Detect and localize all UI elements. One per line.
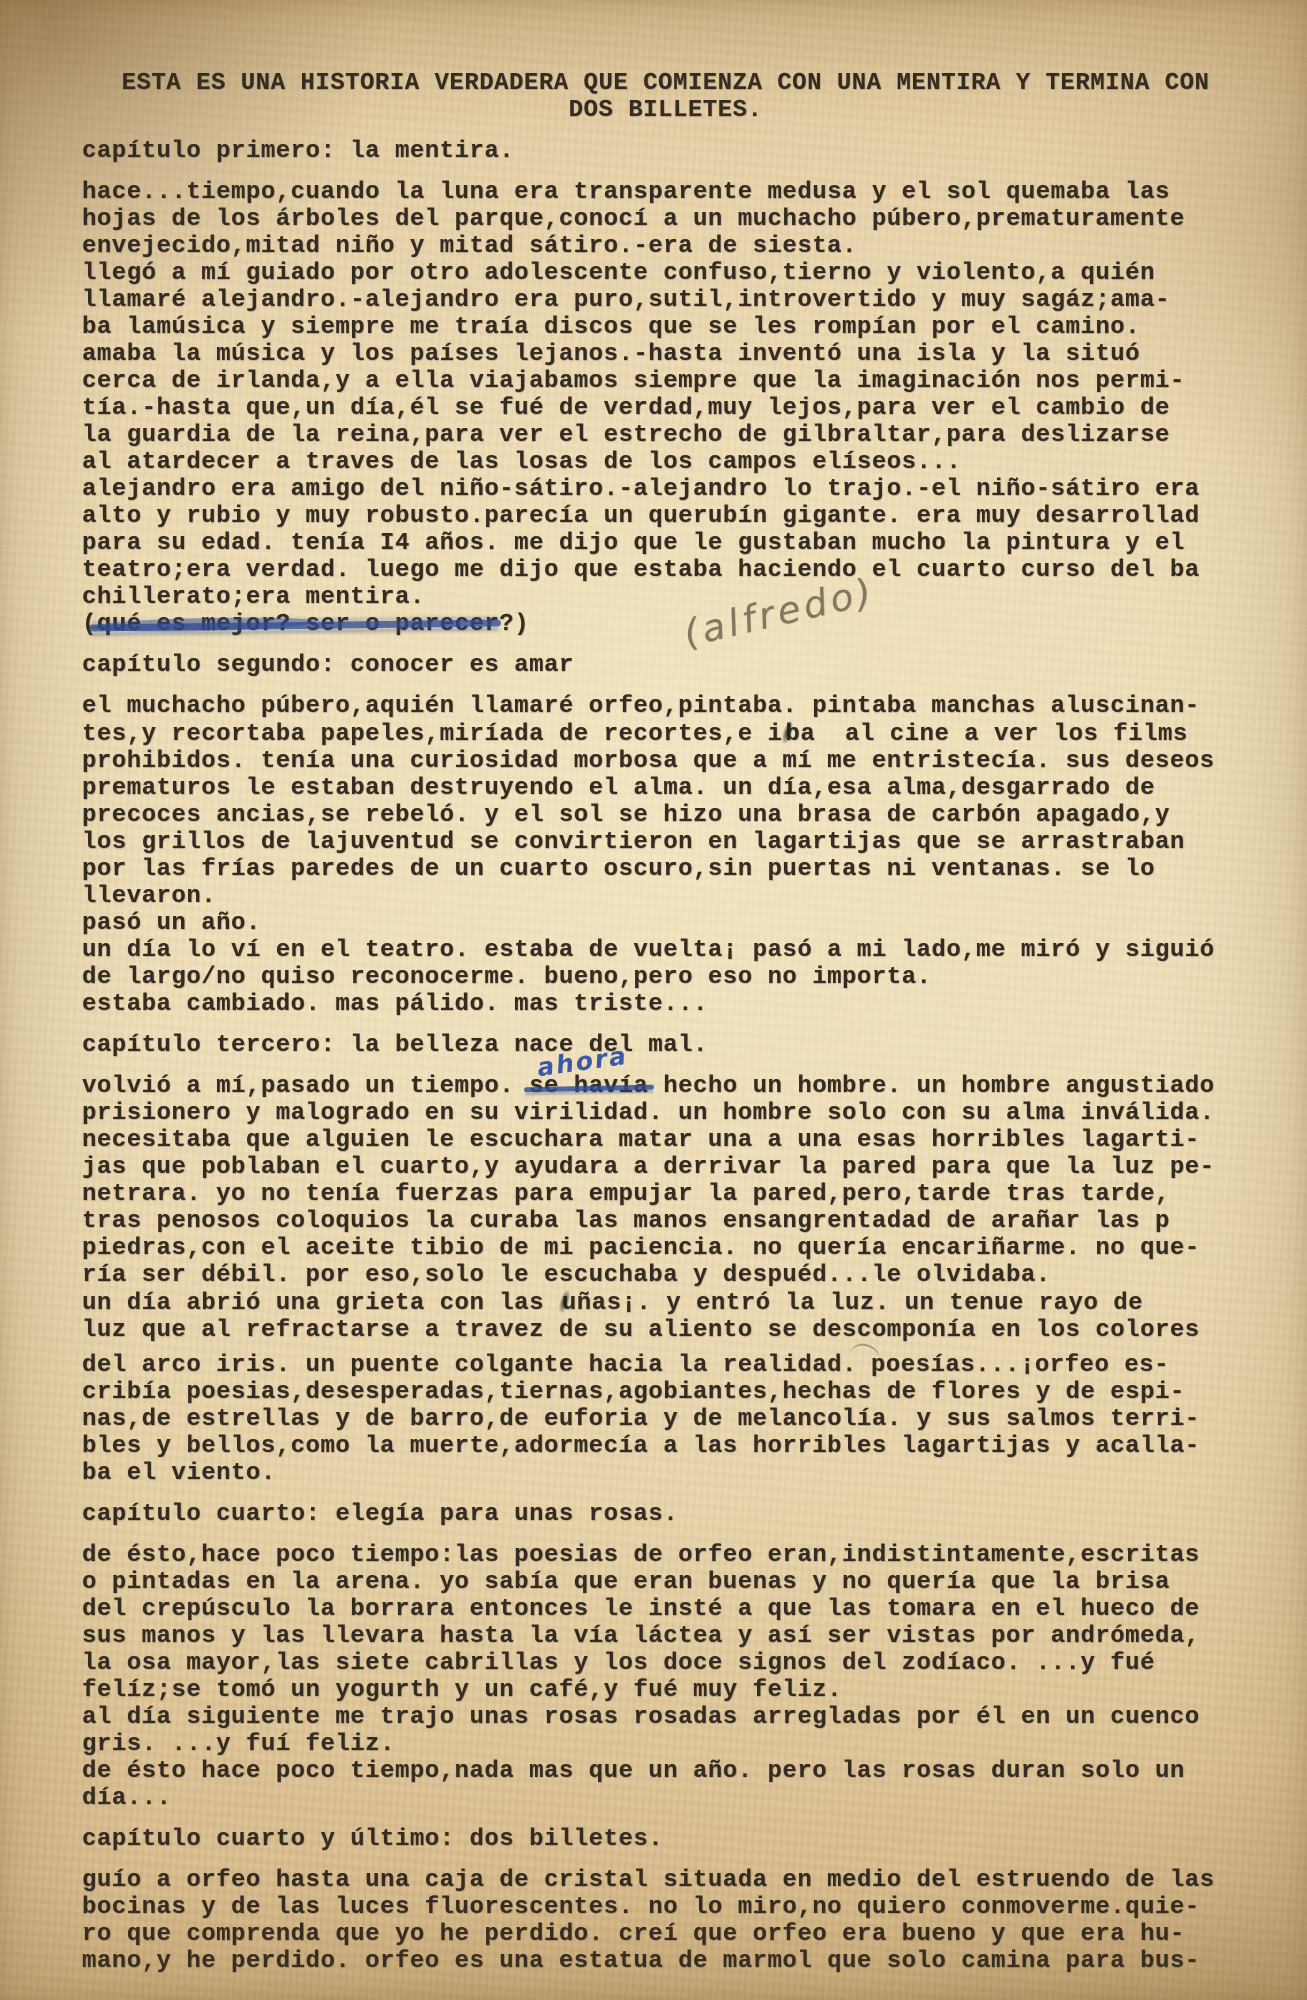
text-line: llamaré alejandro.-alejandro era puro,su… — [82, 287, 1249, 314]
paragraph: guío a orfeo hasta una caja de cristal s… — [82, 1867, 1249, 1975]
text-line: guío a orfeo hasta una caja de cristal s… — [82, 1867, 1249, 1894]
text-line: capítulo primero: la mentira. — [82, 138, 1249, 165]
text-segment: tes,y recortaba papeles,miríada de recor… — [82, 721, 782, 748]
text-line: tía.-hasta que,un día,él se fué de verda… — [82, 395, 1249, 422]
text-line: cribía poesias,desesperadas,tiernas,agob… — [82, 1379, 1249, 1406]
text-line: día... — [82, 1785, 1249, 1812]
text-line: estaba cambiado. mas pálido. mas triste.… — [82, 991, 1249, 1018]
text-segment: un día abrió una grieta con las — [82, 1290, 559, 1317]
text-line: bles y bellos,como la muerte,adormecía a… — [82, 1433, 1249, 1460]
text-line: prematuros le estaban destruyendo el alm… — [82, 775, 1249, 802]
text-line: necesitaba que alguien le escuchara mata… — [82, 1127, 1249, 1154]
text-line: del arco iris. un puente colgante hacia … — [82, 1344, 1249, 1379]
chapter-heading: capítulo primero: la mentira. — [82, 138, 1249, 165]
text-segment: ?) — [499, 611, 529, 638]
text-line: pasó un año. — [82, 910, 1249, 937]
text-line: tes,y recortaba papeles,miríada de recor… — [82, 720, 1249, 748]
text-line: sus manos y las llevara hasta la vía lác… — [82, 1623, 1249, 1650]
text-line: ba el viento. — [82, 1460, 1249, 1487]
paragraph: de ésto,hace poco tiempo:las poesias de … — [82, 1542, 1249, 1812]
chapter-heading: capítulo tercero: la belleza nace del ma… — [82, 1032, 1249, 1059]
text-line: jas que poblaban el cuarto,y ayudara a d… — [82, 1154, 1249, 1181]
chapter-heading: capítulo segundo: conocer es amar(alfred… — [82, 652, 1249, 679]
document-body: capítulo primero: la mentira.hace...tiem… — [82, 138, 1249, 1975]
ink-crossed-out-text: se havíaahora — [529, 1073, 648, 1100]
text-line: hojas de los árboles del parque,conocí a… — [82, 206, 1249, 233]
text-line: ría ser débil. por eso,solo le escuchaba… — [82, 1262, 1249, 1289]
text-line: capítulo cuarto: elegía para unas rosas. — [82, 1501, 1249, 1528]
text-line: ba lamúsica y siempre me traía discos qu… — [82, 314, 1249, 341]
text-line: prisionero y malogrado en su virilidad. … — [82, 1100, 1249, 1127]
page-content: ESTA ES UNA HISTORIA VERDADERA QUE COMIE… — [0, 0, 1307, 1975]
text-line: nas,de estrellas y de barro,de euforia y… — [82, 1406, 1249, 1433]
text-line: bocinas y de las luces fluorescentes. no… — [82, 1894, 1249, 1921]
text-segment: hecho un hombre. un hombre angustiado — [648, 1073, 1214, 1100]
title-line-1: ESTA ES UNA HISTORIA VERDADERA QUE COMIE… — [82, 70, 1249, 97]
text-line: cerca de irlanda,y a ella viajabamos sie… — [82, 368, 1249, 395]
paragraph: hace...tiempo,cuando la luna era transpa… — [82, 179, 1249, 638]
text-line: gris. ...y fuí feliz. — [82, 1731, 1249, 1758]
document-title: ESTA ES UNA HISTORIA VERDADERA QUE COMIE… — [82, 70, 1249, 124]
text-line: envejecido,mitad niño y mitad sátiro.-er… — [82, 233, 1249, 260]
text-line: para su edad. tenía I4 años. me dijo que… — [82, 530, 1249, 557]
text-line: prohibidos. tenía una curiosidad morbosa… — [82, 748, 1249, 775]
text-line: precoces ancias,se rebeló. y el sol se h… — [82, 802, 1249, 829]
text-line: un día abrió una grieta con las uñas¡. y… — [82, 1289, 1249, 1317]
text-line: mano,y he perdido. orfeo es una estatua … — [82, 1948, 1249, 1975]
text-line: luz que al refractarse a travez de su al… — [82, 1317, 1249, 1344]
text-segment: volvió a mí,pasado un tiempo. — [82, 1073, 529, 1100]
text-line: de largo/no quiso reconocerme. bueno,per… — [82, 964, 1249, 991]
text-line: capítulo tercero: la belleza nace del ma… — [82, 1032, 1249, 1059]
chapter-heading: capítulo cuarto y último: dos billetes. — [82, 1826, 1249, 1853]
text-line: capítulo segundo: conocer es amar(alfred… — [82, 652, 1249, 679]
typewritten-page: ESTA ES UNA HISTORIA VERDADERA QUE COMIE… — [0, 0, 1307, 2000]
paragraph: el muchacho púbero,aquién llamaré orfeo,… — [82, 693, 1249, 1018]
text-line: teatro;era verdad. luego me dijo que est… — [82, 557, 1249, 584]
text-line: un día lo ví en el teatro. estaba de vue… — [82, 937, 1249, 964]
text-line: ro que comprenda que yo he perdido. creí… — [82, 1921, 1249, 1948]
paragraph: volvió a mí,pasado un tiempo. se havíaah… — [82, 1073, 1249, 1487]
text-line: piedras,con el aceite tibio de mi pacien… — [82, 1235, 1249, 1262]
text-line: (qué es mejor? ser o parecer?) — [82, 611, 1249, 638]
text-line: de ésto hace poco tiempo,nada mas que un… — [82, 1758, 1249, 1785]
title-line-2: DOS BILLETES. — [82, 97, 1249, 124]
text-line: al atardecer a traves de las losas de lo… — [82, 449, 1249, 476]
text-line: chillerato;era mentira. — [82, 584, 1249, 611]
text-line: volvió a mí,pasado un tiempo. se havíaah… — [82, 1073, 1249, 1100]
text-line: o pintadas en la arena. yo sabía que era… — [82, 1569, 1249, 1596]
text-line: hace...tiempo,cuando la luna era transpa… — [82, 179, 1249, 206]
text-line: netrara. yo no tenía fuerzas para empuja… — [82, 1181, 1249, 1208]
text-line: llegó a mí guiado por otro adolescente c… — [82, 260, 1249, 287]
text-line: capítulo cuarto y último: dos billetes. — [82, 1826, 1249, 1853]
text-line: al día siguiente me trajo unas rosas ros… — [82, 1704, 1249, 1731]
text-segment: capítulo segundo: conocer es amar(alfred… — [82, 652, 574, 679]
text-line: la osa mayor,las siete cabrillas y los d… — [82, 1650, 1249, 1677]
text-line: alejandro era amigo del niño-sátiro.-ale… — [82, 476, 1249, 503]
text-line: por las frías paredes de un cuarto oscur… — [82, 856, 1249, 883]
text-segment: del arco iris. un puente colgante hacia … — [82, 1352, 857, 1379]
text-line: llevaron. — [82, 883, 1249, 910]
text-segment: ba al cine a ver los films — [785, 721, 1187, 748]
text-line: la guardia de la reina,para ver el estre… — [82, 422, 1249, 449]
ink-crossed-out-text: qué es mejor? ser o parecer — [97, 611, 499, 638]
text-line: amaba la música y los países lejanos.-ha… — [82, 341, 1249, 368]
text-line: del crepúsculo la borrara entonces le in… — [82, 1596, 1249, 1623]
text-line: los grillos de lajuventud se convirtiero… — [82, 829, 1249, 856]
chapter-heading: capítulo cuarto: elegía para unas rosas. — [82, 1501, 1249, 1528]
text-line: felíz;se tomó un yogurth y un café,y fué… — [82, 1677, 1249, 1704]
text-line: tras penosos coloquios la curaba las man… — [82, 1208, 1249, 1235]
text-line: alto y rubio y muy robusto.parecía un qu… — [82, 503, 1249, 530]
text-line: el muchacho púbero,aquién llamaré orfeo,… — [82, 693, 1249, 720]
text-line: de ésto,hace poco tiempo:las poesias de … — [82, 1542, 1249, 1569]
text-segment: poesías...¡orfeo es- — [871, 1352, 1169, 1379]
text-segment: uñas¡. y entró la luz. un tenue rayo de — [562, 1290, 1143, 1317]
